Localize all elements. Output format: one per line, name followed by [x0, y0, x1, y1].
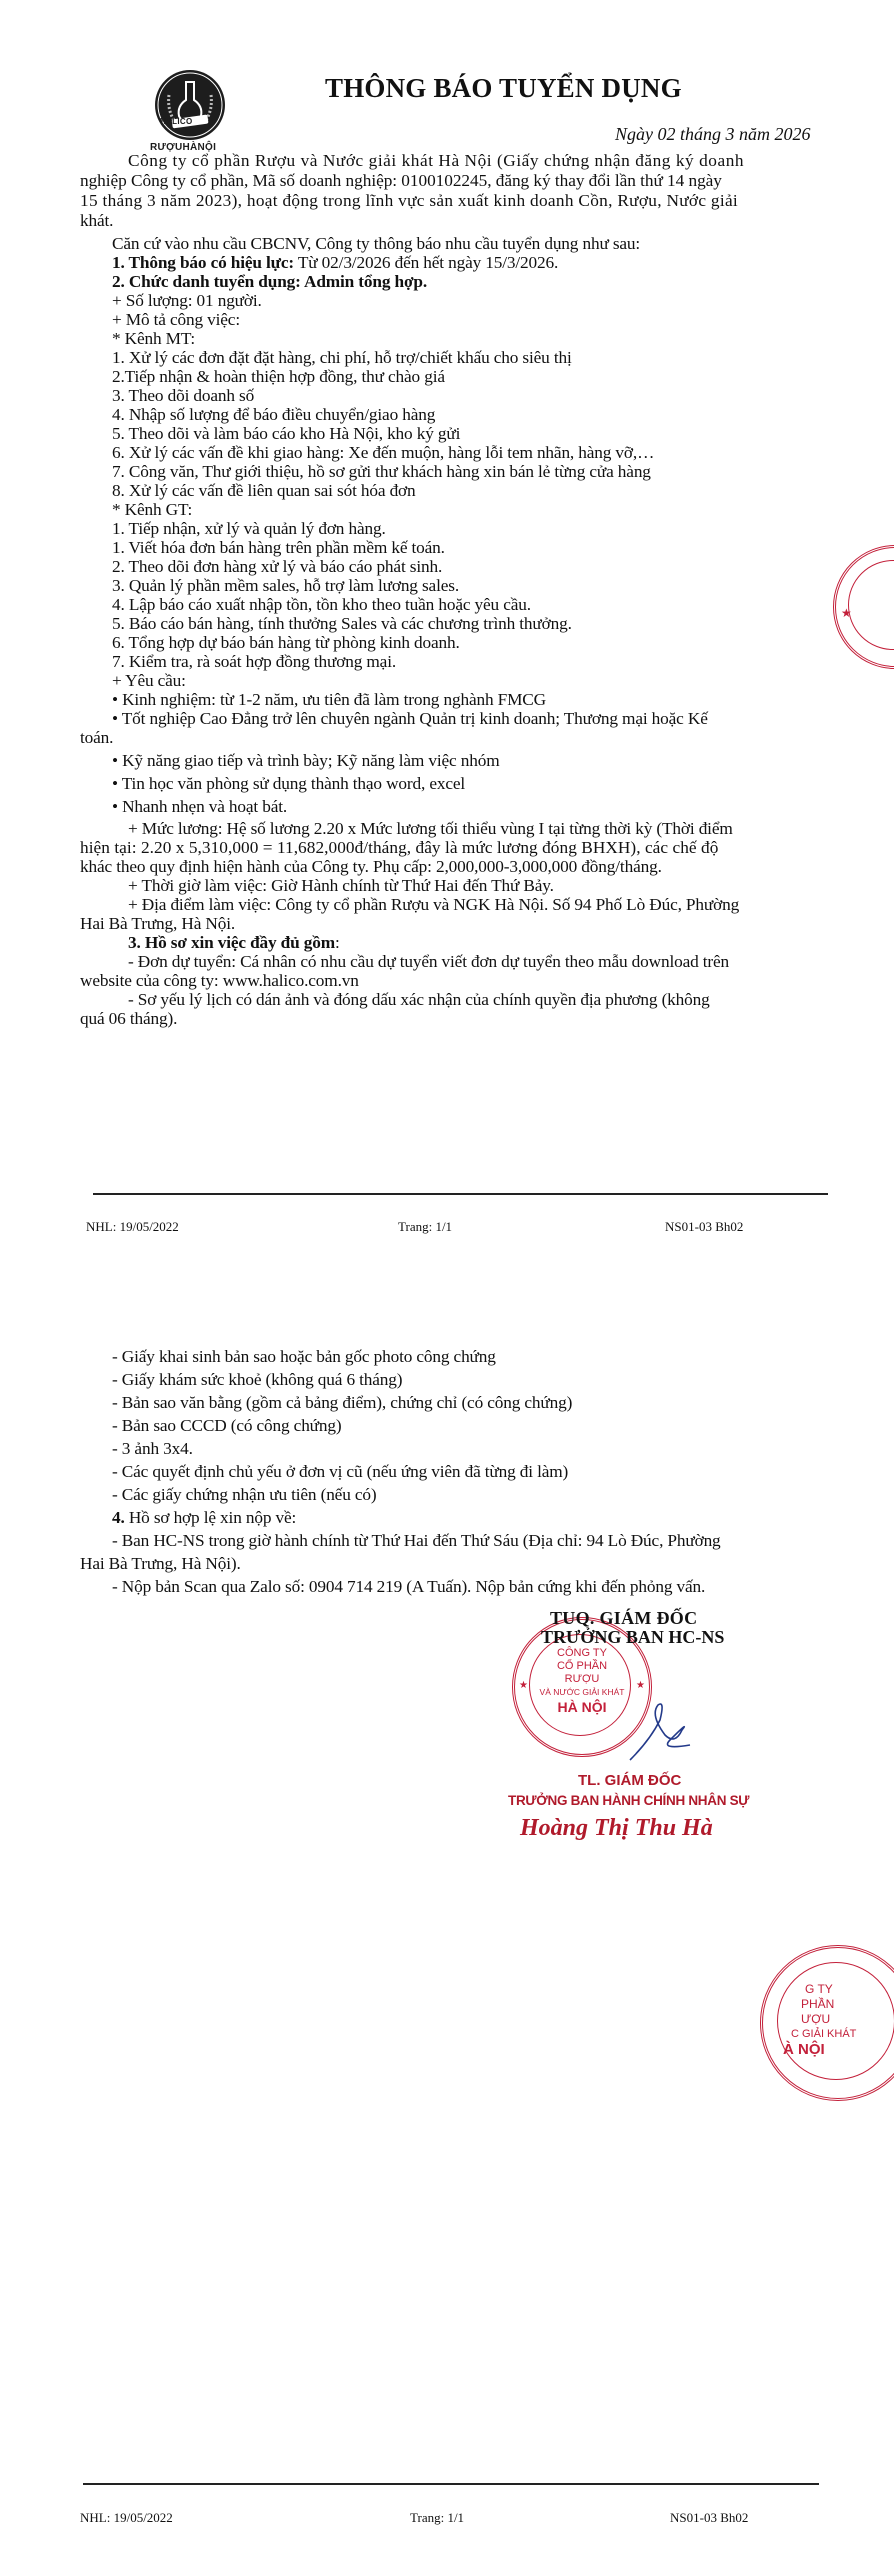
list-item: • Tốt nghiệp Cao Đẳng trở lên chuyên ngà…: [112, 709, 708, 729]
list-item: 7. Công văn, Thư giới thiệu, hồ sơ gửi t…: [112, 462, 651, 482]
list-item: - Đơn dự tuyển: Cá nhân có nhu cầu dự tu…: [128, 952, 729, 972]
footer-code: NS01-03 Bh02: [670, 2510, 748, 2526]
footer-divider: [93, 1193, 828, 1195]
list-item: 1. Xử lý các đơn đặt đặt hàng, chi phí, …: [112, 348, 572, 368]
mt-channel-heading: * Kênh MT:: [112, 329, 195, 349]
signature-red-title: TL. GIÁM ĐỐC: [578, 1772, 681, 1789]
list-item: - Giấy khai sinh bản sao hoặc bản gốc ph…: [112, 1347, 496, 1367]
list-item: - Nộp bản Scan qua Zalo số: 0904 714 219…: [112, 1577, 705, 1597]
intro-line: 15 tháng 3 năm 2023), hoạt động trong lĩ…: [80, 191, 738, 211]
logo-brand: HALICO: [160, 117, 192, 126]
list-item: • Tin học văn phòng sử dụng thành thạo w…: [112, 774, 465, 794]
company-stamp-partial: G TY PHẦN ƯỢU C GIẢI KHÁT À NỘI ★: [760, 1945, 894, 2101]
list-item: 5. Báo cáo bán hàng, tính thưởng Sales v…: [112, 614, 572, 634]
list-item: website của công ty: www.halico.com.vn: [80, 971, 359, 991]
location-line: Hai Bà Trưng, Hà Nội.: [80, 914, 235, 934]
list-item: - Sơ yếu lý lịch có dán ảnh và đóng dấu …: [128, 990, 710, 1010]
list-item: • Kinh nghiệm: từ 1-2 năm, ưu tiên đã là…: [112, 690, 546, 710]
location-line: + Địa điểm làm việc: Công ty cổ phần Rượ…: [128, 895, 739, 915]
signer-name: Hoàng Thị Thu Hà: [520, 1815, 713, 1842]
signature-subtitle: TRƯỞNG BAN HC-NS: [541, 1627, 724, 1648]
signature-red-subtitle: TRƯỞNG BAN HÀNH CHÍNH NHÂN SỰ: [508, 1793, 749, 1808]
list-item: - Bản sao CCCD (có công chứng): [112, 1416, 341, 1436]
requirements-heading: + Yêu cầu:: [112, 671, 186, 691]
intro-line: Công ty cổ phần Rượu và Nước giải khát H…: [128, 151, 831, 171]
list-item: 8. Xử lý các vấn đề liên quan sai sót hó…: [112, 481, 416, 501]
working-hours: + Thời giờ làm việc: Giờ Hành chính từ T…: [128, 876, 554, 896]
section-1-label: 1. Thông báo có hiệu lực:: [112, 253, 294, 272]
intro-line: khát.: [80, 211, 113, 231]
list-item: - Ban HC-NS trong giờ hành chính từ Thứ …: [112, 1531, 721, 1551]
list-item: 6. Xử lý các vấn đề khi giao hàng: Xe đế…: [112, 443, 654, 463]
section-4-heading: 4. Hồ sơ hợp lệ xin nộp về:: [112, 1508, 296, 1528]
company-stamp-partial: ★: [833, 545, 894, 669]
list-item: 5. Theo dõi và làm báo cáo kho Hà Nội, k…: [112, 424, 460, 444]
basis-text: Căn cứ vào nhu cầu CBCNV, Công ty thông …: [112, 234, 640, 254]
section-2-label: 2. Chức danh tuyển dụng: [112, 272, 295, 291]
list-item: • Nhanh nhẹn và hoạt bát.: [112, 797, 287, 817]
page-title: THÔNG BÁO TUYỂN DỤNG: [325, 73, 682, 104]
list-item: 6. Tổng hợp dự báo bán hàng từ phòng kin…: [112, 633, 460, 653]
list-item: - 3 ảnh 3x4.: [112, 1439, 193, 1459]
list-item: toán.: [80, 728, 113, 748]
handwritten-signature-icon: [620, 1690, 700, 1770]
section-3-heading: 3. Hồ sơ xin việc đầy đủ gồm:: [128, 933, 340, 953]
list-item: 2. Theo dõi đơn hàng xử lý và báo cáo ph…: [112, 557, 442, 577]
salary-line: hiện tại: 2.20 x 5,310,000 = 11,682,000đ…: [80, 838, 718, 858]
footer-issue-date: NHL: 19/05/2022: [80, 2510, 173, 2526]
list-item: 1. Viết hóa đơn bán hàng trên phần mềm k…: [112, 538, 445, 558]
document-date: Ngày 02 tháng 3 năm 2026: [615, 124, 811, 145]
logo-emblem-icon: [155, 70, 225, 140]
list-item: - Bản sao văn bằng (gồm cả bảng điểm), c…: [112, 1393, 572, 1413]
section-1: 1. Thông báo có hiệu lực: Từ 02/3/2026 đ…: [112, 253, 558, 273]
gt-channel-heading: * Kênh GT:: [112, 500, 192, 520]
quantity: + Số lượng: 01 người.: [112, 291, 262, 311]
section-2: 2. Chức danh tuyển dụng: Admin tổng hợp.: [112, 272, 427, 292]
footer-page: Trang: 1/1: [398, 1219, 452, 1235]
salary-line: khác theo quy định hiện hành của Công ty…: [80, 857, 662, 877]
list-item: 4. Lập báo cáo xuất nhập tồn, tồn kho th…: [112, 595, 531, 615]
list-item: - Giấy khám sức khoẻ (không quá 6 tháng): [112, 1370, 402, 1390]
list-item: 4. Nhập số lượng để báo điều chuyển/giao…: [112, 405, 435, 425]
signature-title: TUQ. GIÁM ĐỐC: [550, 1608, 697, 1629]
job-description-heading: + Mô tả công việc:: [112, 310, 240, 330]
footer-issue-date: NHL: 19/05/2022: [86, 1219, 179, 1235]
list-item: 2.Tiếp nhận & hoàn thiện hợp đồng, thư c…: [112, 367, 445, 387]
section-2-value: : Admin tổng hợp.: [295, 272, 427, 291]
list-item: 1. Tiếp nhận, xử lý và quản lý đơn hàng.: [112, 519, 386, 539]
footer-divider: [83, 2483, 819, 2485]
section-1-value: Từ 02/3/2026 đến hết ngày 15/3/2026.: [294, 253, 558, 272]
list-item: 3. Theo dõi doanh số: [112, 386, 254, 406]
salary-line: + Mức lương: Hệ số lương 2.20 x Mức lươn…: [128, 819, 733, 839]
list-item: - Các quyết định chủ yếu ở đơn vị cũ (nế…: [112, 1462, 568, 1482]
list-item: - Các giấy chứng nhận ưu tiên (nếu có): [112, 1485, 376, 1505]
list-item: • Kỹ năng giao tiếp và trình bày; Kỹ năn…: [112, 751, 500, 771]
list-item: quá 06 tháng).: [80, 1009, 177, 1029]
intro-line: nghiệp Công ty cổ phần, Mã số doanh nghi…: [80, 171, 722, 191]
footer-code: NS01-03 Bh02: [665, 1219, 743, 1235]
footer-page: Trang: 1/1: [410, 2510, 464, 2526]
list-item: Hai Bà Trưng, Hà Nội).: [80, 1554, 241, 1574]
list-item: 7. Kiểm tra, rà soát hợp đồng thương mại…: [112, 652, 396, 672]
list-item: 3. Quản lý phần mềm sales, hỗ trợ làm lư…: [112, 576, 459, 596]
